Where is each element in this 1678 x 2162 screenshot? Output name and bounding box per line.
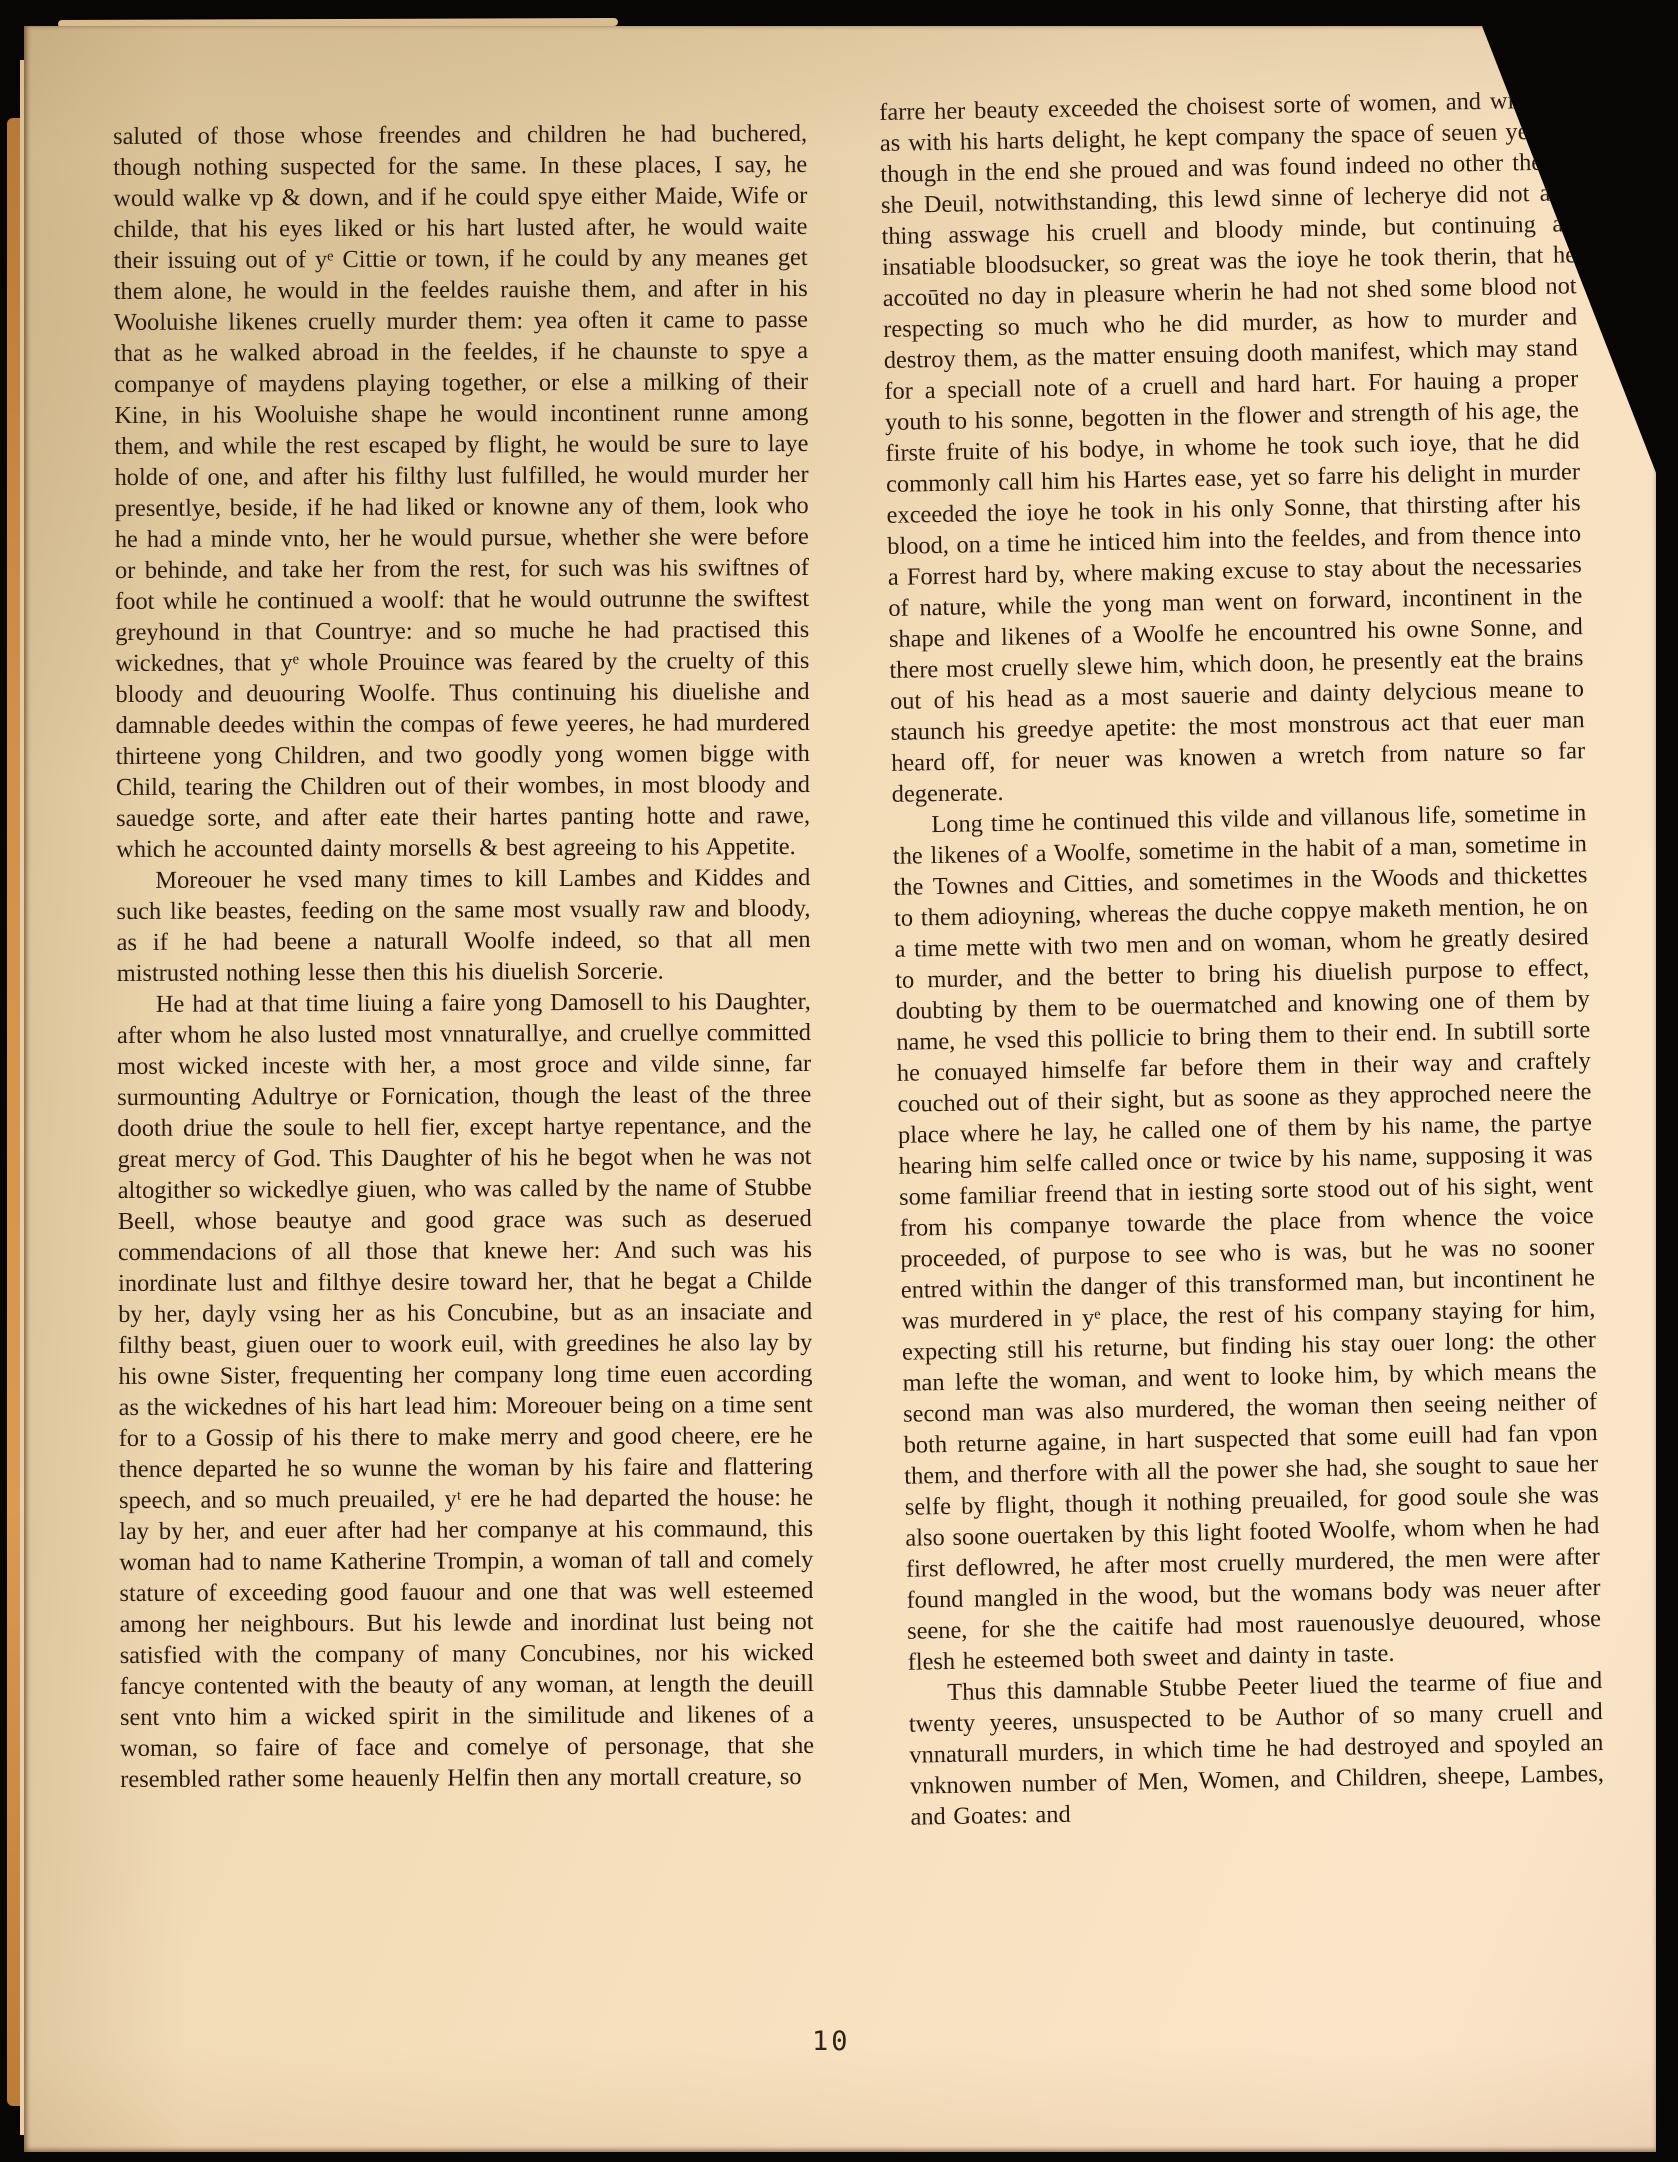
- text-column-left: saluted of those whose freendes and chil…: [113, 118, 814, 1795]
- book-page: saluted of those whose freendes and chil…: [24, 26, 1656, 2152]
- paragraph: saluted of those whose freendes and chil…: [113, 118, 810, 865]
- paragraph: Thus this damnable Stubbe Peeter liued t…: [908, 1665, 1605, 1833]
- paragraph: Long time he continued this vilde and vi…: [892, 797, 1602, 1678]
- page-number: 10: [812, 2026, 851, 2057]
- paragraph: Moreouer he vsed many times to kill Lamb…: [116, 862, 811, 989]
- paragraph: farre her beauty exceeded the choisest s…: [879, 84, 1586, 810]
- text-column-right: farre her beauty exceeded the choisest s…: [879, 84, 1605, 1832]
- photo-background: saluted of those whose freendes and chil…: [0, 0, 1678, 2162]
- paragraph: He had at that time liuing a faire yong …: [117, 986, 815, 1795]
